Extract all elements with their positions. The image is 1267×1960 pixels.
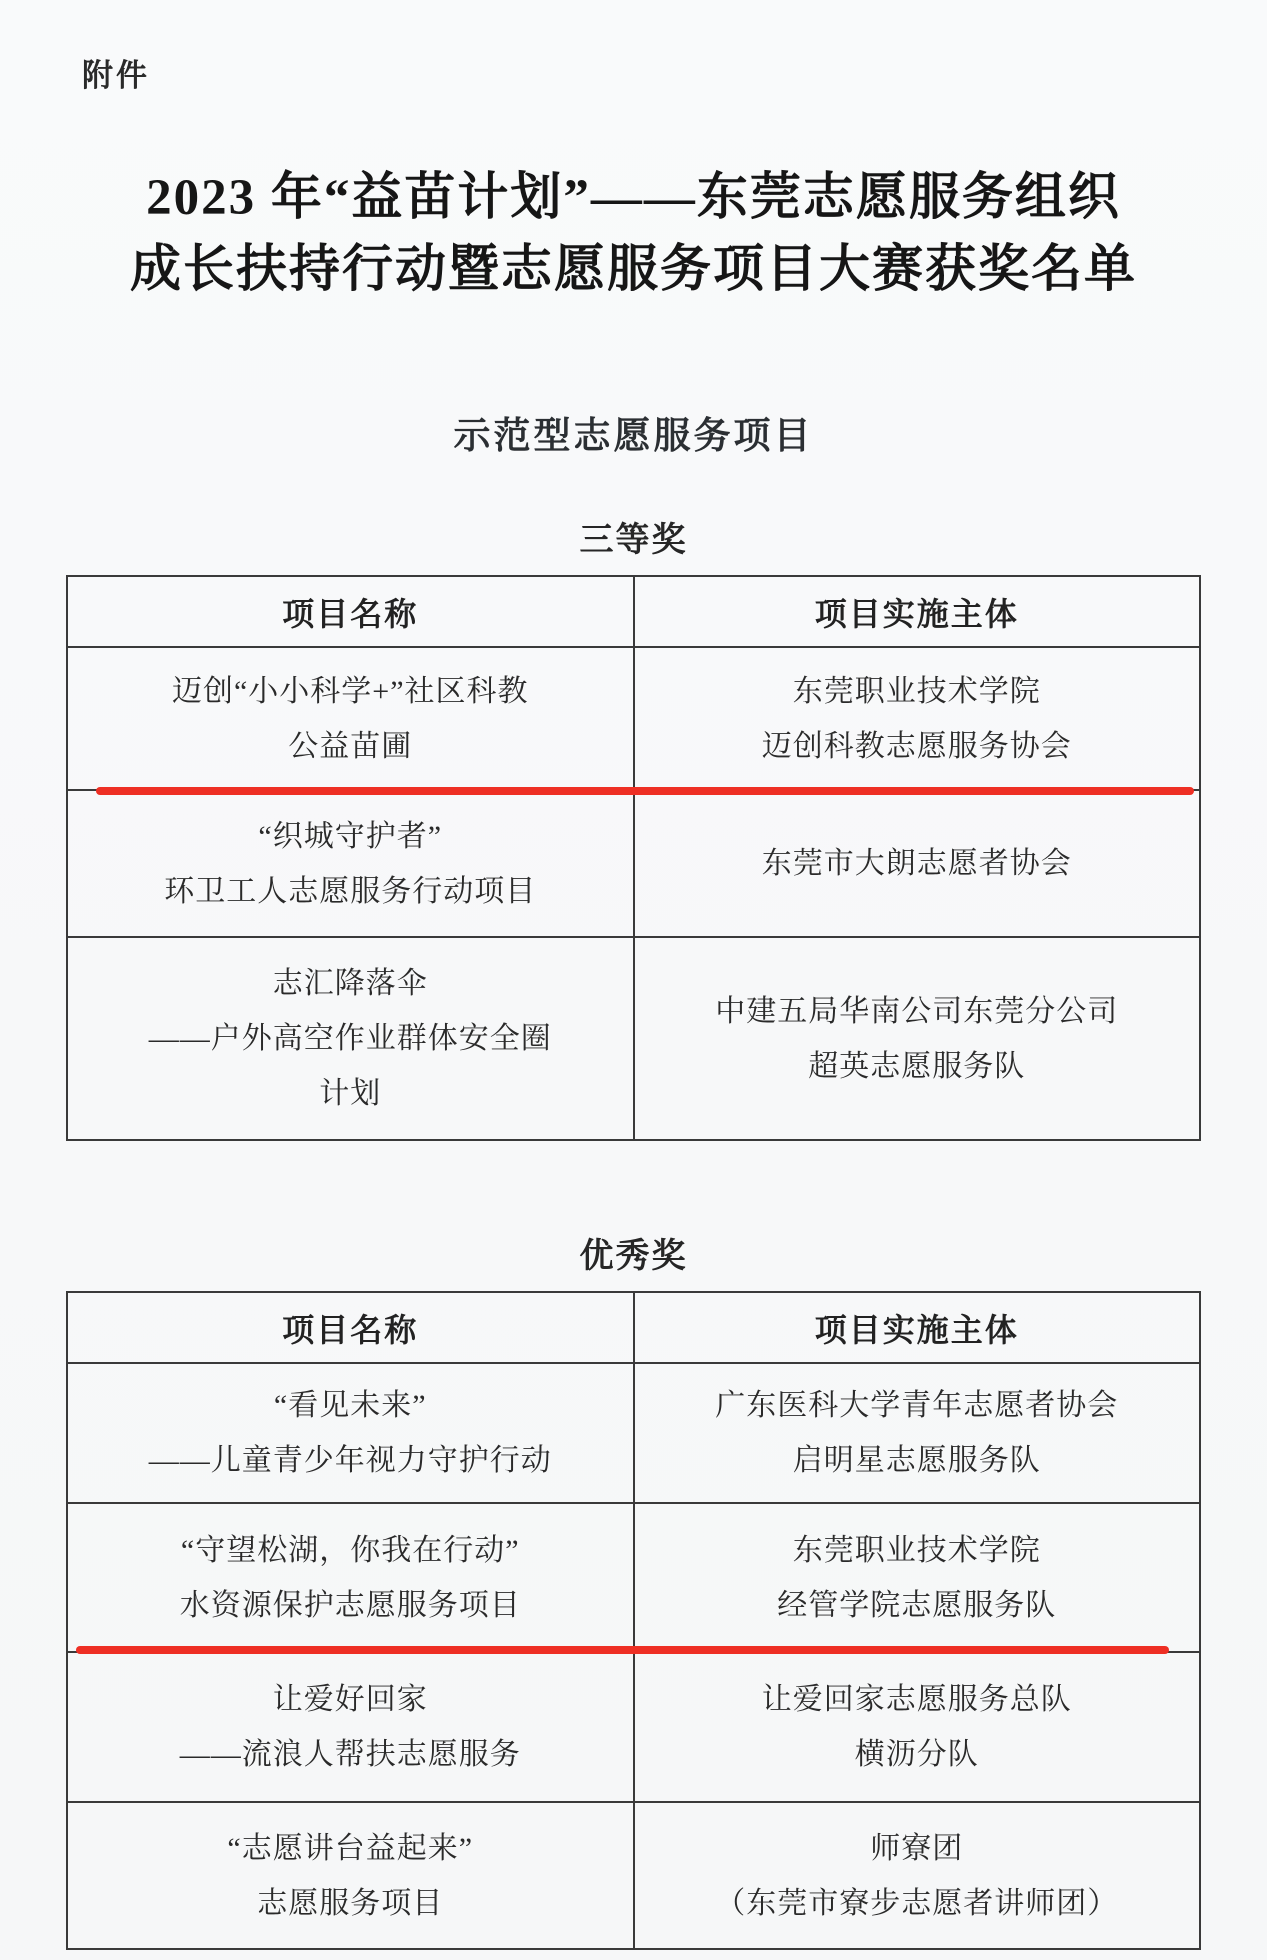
implementing-org-cell: 师寮团（东莞市寮步志愿者讲师团）	[634, 1802, 1201, 1949]
table-row: “守望松湖，你我在行动”水资源保护志愿服务项目东莞职业技术学院经管学院志愿服务队	[67, 1503, 1200, 1652]
implementing-org-line: 启明星志愿服务队	[641, 1441, 1194, 1480]
column-header: 项目实施主体	[634, 1292, 1201, 1363]
implementing-org-line: （东莞市寮步志愿者讲师团）	[641, 1884, 1194, 1923]
column-header: 项目名称	[67, 1292, 634, 1363]
header-row: 项目名称项目实施主体	[67, 1292, 1200, 1363]
project-name-line: 计划	[74, 1074, 627, 1113]
implementing-org-line: 横沥分队	[641, 1735, 1194, 1774]
red-underline-annotation	[96, 787, 1194, 795]
implementing-org-line: 超英志愿服务队	[641, 1047, 1194, 1086]
implementing-org-line: 东莞职业技术学院	[641, 1531, 1194, 1570]
project-name-line: 志愿服务项目	[74, 1884, 627, 1923]
project-name-line: ——流浪人帮扶志愿服务	[74, 1735, 627, 1774]
project-name-cell: 迈创“小小科学+”社区科教公益苗圃	[67, 647, 634, 790]
project-name-line: “看见未来”	[74, 1386, 627, 1425]
implementing-org-line: 广东医科大学青年志愿者协会	[641, 1386, 1194, 1425]
document-title-line1: 2023 年“益苗计划”——东莞志愿服务组织	[0, 162, 1267, 234]
document-title: 2023 年“益苗计划”——东莞志愿服务组织 成长扶持行动暨志愿服务项目大赛获奖…	[0, 162, 1267, 307]
project-name-cell: 志汇降落伞——户外高空作业群体安全圈计划	[67, 937, 634, 1140]
implementing-org-line: 经管学院志愿服务队	[641, 1586, 1194, 1625]
awards-table: 项目名称项目实施主体 迈创“小小科学+”社区科教公益苗圃东莞职业技术学院迈创科教…	[66, 575, 1201, 1141]
header-row: 项目名称项目实施主体	[67, 576, 1200, 647]
awards-table: 项目名称项目实施主体 “看见未来”——儿童青少年视力守护行动广东医科大学青年志愿…	[66, 1291, 1201, 1950]
column-header: 项目实施主体	[634, 576, 1201, 647]
project-name-line: ——儿童青少年视力守护行动	[74, 1441, 627, 1480]
project-name-line: “守望松湖，你我在行动”	[74, 1531, 627, 1570]
table-row: 迈创“小小科学+”社区科教公益苗圃东莞职业技术学院迈创科教志愿服务协会	[67, 647, 1200, 790]
project-name-cell: 让爱好回家——流浪人帮扶志愿服务	[67, 1652, 634, 1802]
table-row: 志汇降落伞——户外高空作业群体安全圈计划中建五局华南公司东莞分公司超英志愿服务队	[67, 937, 1200, 1140]
document-subtitle: 示范型志愿服务项目	[0, 405, 1267, 459]
awards-table-wrap: 项目名称项目实施主体 迈创“小小科学+”社区科教公益苗圃东莞职业技术学院迈创科教…	[66, 575, 1201, 1141]
award-level-title: 优秀奖	[0, 1228, 1267, 1277]
project-name-line: “志愿讲台益起来”	[74, 1829, 627, 1868]
implementing-org-cell: 广东医科大学青年志愿者协会启明星志愿服务队	[634, 1363, 1201, 1503]
implementing-org-line: 师寮团	[641, 1829, 1194, 1868]
awards-table-wrap: 项目名称项目实施主体 “看见未来”——儿童青少年视力守护行动广东医科大学青年志愿…	[66, 1291, 1201, 1950]
project-name-line: 志汇降落伞	[74, 964, 627, 1003]
implementing-org-line: 东莞市大朗志愿者协会	[641, 844, 1194, 883]
project-name-line: 水资源保护志愿服务项目	[74, 1586, 627, 1625]
table-row: “看见未来”——儿童青少年视力守护行动广东医科大学青年志愿者协会启明星志愿服务队	[67, 1363, 1200, 1503]
project-name-cell: “织城守护者”环卫工人志愿服务行动项目	[67, 790, 634, 937]
implementing-org-cell: 东莞市大朗志愿者协会	[634, 790, 1201, 937]
document-title-line2: 成长扶持行动暨志愿服务项目大赛获奖名单	[0, 234, 1267, 306]
implementing-org-line: 中建五局华南公司东莞分公司	[641, 992, 1194, 1031]
project-name-line: 让爱好回家	[74, 1680, 627, 1719]
table-row: “织城守护者”环卫工人志愿服务行动项目东莞市大朗志愿者协会	[67, 790, 1200, 937]
implementing-org-cell: 东莞职业技术学院迈创科教志愿服务协会	[634, 647, 1201, 790]
project-name-line: ——户外高空作业群体安全圈	[74, 1019, 627, 1058]
implementing-org-cell: 东莞职业技术学院经管学院志愿服务队	[634, 1503, 1201, 1652]
project-name-cell: “志愿讲台益起来”志愿服务项目	[67, 1802, 634, 1949]
project-name-line: 环卫工人志愿服务行动项目	[74, 872, 627, 911]
project-name-cell: “守望松湖，你我在行动”水资源保护志愿服务项目	[67, 1503, 634, 1652]
implementing-org-cell: 让爱回家志愿服务总队横沥分队	[634, 1652, 1201, 1802]
project-name-line: 公益苗圃	[74, 727, 627, 766]
section-third-prize: 三等奖 项目名称项目实施主体 迈创“小小科学+”社区科教公益苗圃东莞职业技术学院…	[0, 512, 1267, 1141]
project-name-line: “织城守护者”	[74, 817, 627, 856]
implementing-org-cell: 中建五局华南公司东莞分公司超英志愿服务队	[634, 937, 1201, 1140]
column-header: 项目名称	[67, 576, 634, 647]
attachment-label: 附件	[82, 50, 150, 95]
section-excellence-prize: 优秀奖 项目名称项目实施主体 “看见未来”——儿童青少年视力守护行动广东医科大学…	[0, 1228, 1267, 1950]
implementing-org-line: 迈创科教志愿服务协会	[641, 727, 1194, 766]
table-row: 让爱好回家——流浪人帮扶志愿服务让爱回家志愿服务总队横沥分队	[67, 1652, 1200, 1802]
red-underline-annotation	[76, 1646, 1169, 1654]
implementing-org-line: 让爱回家志愿服务总队	[641, 1680, 1194, 1719]
project-name-line: 迈创“小小科学+”社区科教	[74, 672, 627, 711]
table-row: “志愿讲台益起来”志愿服务项目师寮团（东莞市寮步志愿者讲师团）	[67, 1802, 1200, 1949]
award-level-title: 三等奖	[0, 512, 1267, 561]
implementing-org-line: 东莞职业技术学院	[641, 672, 1194, 711]
project-name-cell: “看见未来”——儿童青少年视力守护行动	[67, 1363, 634, 1503]
